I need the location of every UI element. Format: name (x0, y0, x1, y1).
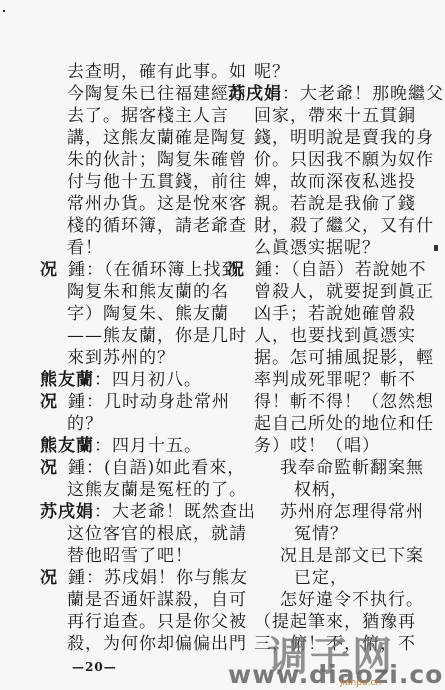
text-line: 呢？ (254, 62, 290, 82)
text-line: 字）陶复朱、熊友蘭 (67, 304, 229, 324)
page-number: —20— (72, 660, 117, 674)
text-line: ——熊友蘭，你是几时 (67, 326, 247, 346)
text-line: 去查明，確有此事。如 (67, 62, 247, 82)
line-text: 况且是部文已下案 (280, 546, 424, 566)
text-line: 財，殺了繼父，又有什 (254, 216, 434, 236)
line-text: 么眞憑实据呢？ (254, 238, 380, 258)
text-line: 这熊友蘭是冤枉的了。 (67, 480, 247, 500)
text-line: 再行追查。只是你父被 (67, 612, 247, 632)
text-line: 的？ (67, 414, 103, 434)
line-text: 鍾：苏戌娟！你与熊友 (68, 568, 248, 588)
text-line: 今陶复朱已往福建經商 (67, 84, 247, 104)
text-line: 看！ (67, 238, 103, 258)
speaker-name: 况 (40, 568, 58, 588)
line-text: ：四月十五。 (94, 436, 202, 456)
line-text: 务）哎！（唱） (254, 436, 380, 456)
text-line: 得！斬不得！（忽然想 (254, 392, 434, 412)
text-line: 常州办貨。这是悅來客 (67, 194, 247, 214)
text-line: 况鍾：（在循环簿上找到 (40, 260, 240, 280)
line-text: 据。怎可捕風捉影，輕 (254, 348, 434, 368)
text-line: 况鍾：几时动身赴常州 (40, 392, 230, 412)
line-text: 权柄， (294, 480, 348, 500)
line-text: 去查明，確有此事。如 (67, 62, 247, 82)
line-text: 已定， (294, 568, 348, 588)
line-text: 講，这熊友蘭確是陶复 (67, 128, 247, 148)
speaker-name: 熊友蘭 (40, 370, 94, 390)
text-line: 起自己所处的地位和任 (254, 414, 434, 434)
line-text: 回家，帶來十五貫銅 (254, 106, 416, 126)
speaker-name: 况 (227, 260, 245, 280)
line-text: 陶复朱和熊友蘭的名 (67, 282, 229, 302)
line-text: 鍾：几时动身赴常州 (68, 392, 230, 412)
watermark-small: jianpu.cn (340, 678, 381, 688)
line-text: 得！斬不得！（忽然想 (254, 392, 434, 412)
line-text: 婢，故而深夜私逃投 (254, 172, 416, 192)
text-line: 况鍾：(自語)如此看來， (40, 458, 245, 478)
text-line: 人，也要找到眞憑实 (254, 326, 416, 346)
text-line: 况鍾：（自語）若說她不 (227, 260, 427, 280)
text-line: 务）哎！（唱） (254, 436, 380, 456)
text-line: 权柄， (294, 480, 348, 500)
line-text: 字）陶复朱、熊友蘭 (67, 304, 229, 324)
line-text: 的？ (67, 414, 103, 434)
text-line: 回家，帶來十五貫銅 (254, 106, 416, 126)
line-text: 財，殺了繼父，又有什 (254, 216, 434, 236)
line-text: ——熊友蘭，你是几时 (67, 326, 247, 346)
line-text: 蘭是否通奸謀殺，自可 (67, 590, 247, 610)
text-line: 講，这熊友蘭確是陶复 (67, 128, 247, 148)
line-text: 替他昭雪了吧！ (67, 546, 193, 566)
line-text: 鍾：(自語)如此看來， (68, 458, 245, 478)
line-text: ：大老爺！那晚繼父 (282, 84, 444, 104)
line-text: 朱的伙計；陶复朱確曾 (67, 150, 247, 170)
text-line: 凶手；若說她確曾殺 (254, 304, 416, 324)
watermark-url: www.diaozi.com (228, 660, 445, 689)
line-text: ：大老爺！既然查出 (94, 502, 256, 522)
line-text: 价。只因我不願为奴作 (254, 150, 434, 170)
line-text: 親。若說是我偷了錢 (254, 194, 416, 214)
text-line: 况且是部文已下案 (280, 546, 424, 566)
line-text: 这熊友蘭是冤枉的了。 (67, 480, 247, 500)
text-line: 熊友蘭：四月十五。 (40, 436, 202, 456)
line-text: 再行追查。只是你父被 (67, 612, 247, 632)
speaker-name: 苏戌娟 (228, 84, 282, 104)
text-line: 况鍾：苏戌娟！你与熊友 (40, 568, 248, 588)
text-line: 錢，明明說是賣我的身 (254, 128, 434, 148)
line-text: 今陶复朱已往福建經商 (67, 84, 247, 104)
text-line: 來到苏州的？ (67, 348, 175, 368)
text-line: 据。怎可捕風捉影，輕 (254, 348, 434, 368)
line-text: 殺，为何你却偏偏出門 (67, 634, 247, 654)
line-text: 人，也要找到眞憑实 (254, 326, 416, 346)
text-line: 親。若說是我偷了錢 (254, 194, 416, 214)
text-line: 苏戌娟：大老爺！那晚繼父 (228, 84, 444, 104)
line-text: ：四月初八。 (94, 370, 202, 390)
line-text: 鍾：（自語）若說她不 (255, 260, 427, 280)
speaker-name: 况 (40, 458, 58, 478)
line-text: 錢，明明說是賣我的身 (254, 128, 434, 148)
text-line: 棧的循环簿，請老爺查 (67, 216, 247, 236)
line-text: 常州办貨。这是悅來客 (67, 194, 247, 214)
text-line: 殺，为何你却偏偏出門 (67, 634, 247, 654)
line-text: 去了。据客棧主人言 (67, 106, 229, 126)
line-text: 率判成死罪呢？斬不 (254, 370, 416, 390)
text-line: 熊友蘭：四月初八。 (40, 370, 202, 390)
speaker-name: 况 (40, 392, 58, 412)
text-line: 率判成死罪呢？斬不 (254, 370, 416, 390)
text-line: 替他昭雪了吧！ (67, 546, 193, 566)
line-text: 怎好違令不执行。 (280, 590, 424, 610)
speaker-name: 苏戌娟 (40, 502, 94, 522)
line-text: 曾殺人，就要捉到眞正 (254, 282, 434, 302)
line-text: 这位客官的根底，就請 (67, 524, 247, 544)
text-line: 价。只因我不願为奴作 (254, 150, 434, 170)
line-text: 來到苏州的？ (67, 348, 175, 368)
text-line: 这位客官的根底，就請 (67, 524, 247, 544)
line-text: 起自己所处的地位和任 (254, 414, 434, 434)
text-line: 苏戌娟：大老爺！既然查出 (40, 502, 256, 522)
line-text: 看！ (67, 238, 103, 258)
text-line: 已定， (294, 568, 348, 588)
line-text: 付与他十五貫錢，前往 (67, 172, 247, 192)
speaker-name: 况 (40, 260, 58, 280)
line-text: 苏州府怎理得常州 (280, 502, 424, 522)
text-line: 蘭是否通奸謀殺，自可 (67, 590, 247, 610)
line-text: 凶手；若說她確曾殺 (254, 304, 416, 324)
text-line: 朱的伙計；陶复朱確曾 (67, 150, 247, 170)
text-line: 曾殺人，就要捉到眞正 (254, 282, 434, 302)
line-text: 冤情？ (294, 524, 348, 544)
text-line: 我奉命監斬翻案無 (280, 458, 424, 478)
scan-speck (434, 245, 438, 251)
line-text: 棧的循环簿，請老爺查 (67, 216, 247, 236)
speaker-name: 熊友蘭 (40, 436, 94, 456)
text-line: 去了。据客棧主人言 (67, 106, 229, 126)
text-line: 冤情？ (294, 524, 348, 544)
text-line: 么眞憑实据呢？ (254, 238, 380, 258)
line-text: 呢？ (254, 62, 290, 82)
text-line: 婢，故而深夜私逃投 (254, 172, 416, 192)
text-line: 付与他十五貫錢，前往 (67, 172, 247, 192)
line-text: 鍾：（在循环簿上找到 (68, 260, 240, 280)
line-text: 我奉命監斬翻案無 (280, 458, 424, 478)
text-line: 怎好違令不执行。 (280, 590, 424, 610)
text-line: 苏州府怎理得常州 (280, 502, 424, 522)
text-line: 陶复朱和熊友蘭的名 (67, 282, 229, 302)
scan-speck (3, 10, 5, 12)
